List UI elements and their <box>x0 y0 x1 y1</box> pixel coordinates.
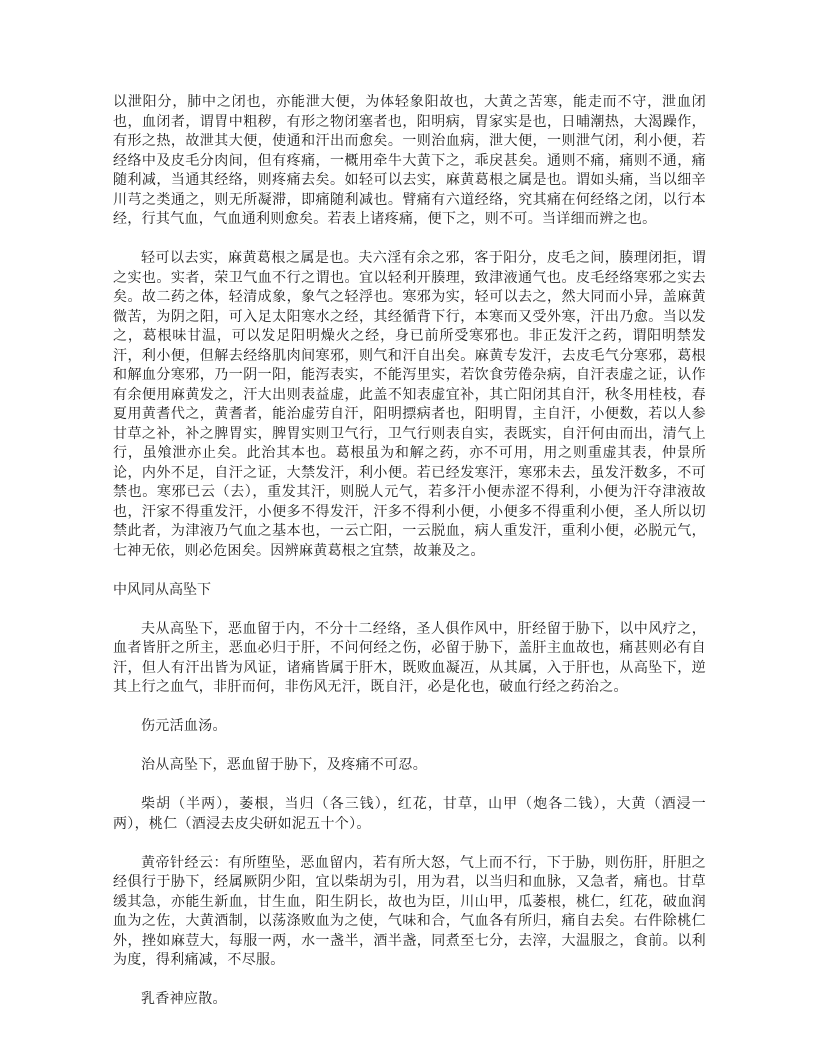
paragraph: 伤元活血汤。 <box>113 717 706 737</box>
paragraph: 黄帝针经云：有所堕坠，恶血留内，若有所大怒，气上而不行，下于胁，则伤肝，肝胆之经… <box>113 854 706 971</box>
paragraph: 乳香神应散。 <box>113 990 706 1010</box>
paragraph: 夫从高坠下，恶血留于内，不分十二经络，圣人俱作风中，肝经留于胁下，以中风疗之，血… <box>113 620 706 698</box>
document-content: 以泄阳分，肺中之闭也，亦能泄大便，为体轻象阳故也，大黄之苦寒，能走而不守，泄血闭… <box>113 93 706 1010</box>
paragraph: 轻可以去实，麻黄葛根之属是也。夫六淫有余之邪，客于阳分，皮毛之间，腠理闭拒，谓之… <box>113 249 706 561</box>
paragraph: 柴胡（半两），萎根，当归（各三钱），红花，甘草，山甲（炮各二钱），大黄（酒浸一两… <box>113 795 706 834</box>
document-page: 以泄阳分，肺中之闭也，亦能泄大便，为体轻象阳故也，大黄之苦寒，能走而不守，泄血闭… <box>0 0 816 1056</box>
paragraph: 以泄阳分，肺中之闭也，亦能泄大便，为体轻象阳故也，大黄之苦寒，能走而不守，泄血闭… <box>113 93 706 230</box>
paragraph: 治从高坠下，恶血留于胁下，及疼痛不可忍。 <box>113 756 706 776</box>
section-heading: 中风同从高坠下 <box>113 581 706 601</box>
